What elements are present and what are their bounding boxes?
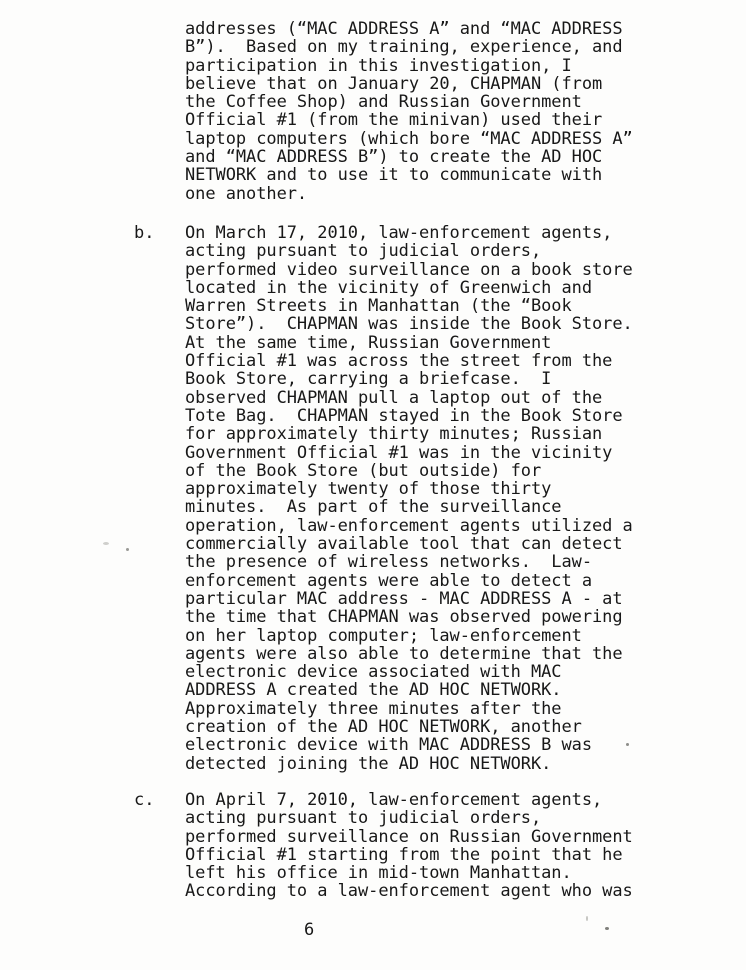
page-number: 6 [304, 921, 314, 939]
paragraph-b-text: On March 17, 2010, law-enforcement agent… [185, 224, 633, 773]
scan-speck [586, 916, 588, 921]
paragraph-a-text: addresses (“MAC ADDRESS A” and “MAC ADDR… [185, 20, 633, 203]
document-page: addresses (“MAC ADDRESS A” and “MAC ADDR… [0, 0, 746, 970]
scan-speck [126, 548, 129, 551]
scan-speck [626, 743, 629, 746]
paragraph-c-text: On April 7, 2010, law-enforcement agents… [185, 791, 633, 901]
paragraph-b-label: b. [134, 224, 154, 242]
scan-speck [103, 542, 109, 545]
scan-speck [605, 927, 609, 930]
paragraph-c-label: c. [134, 791, 154, 809]
